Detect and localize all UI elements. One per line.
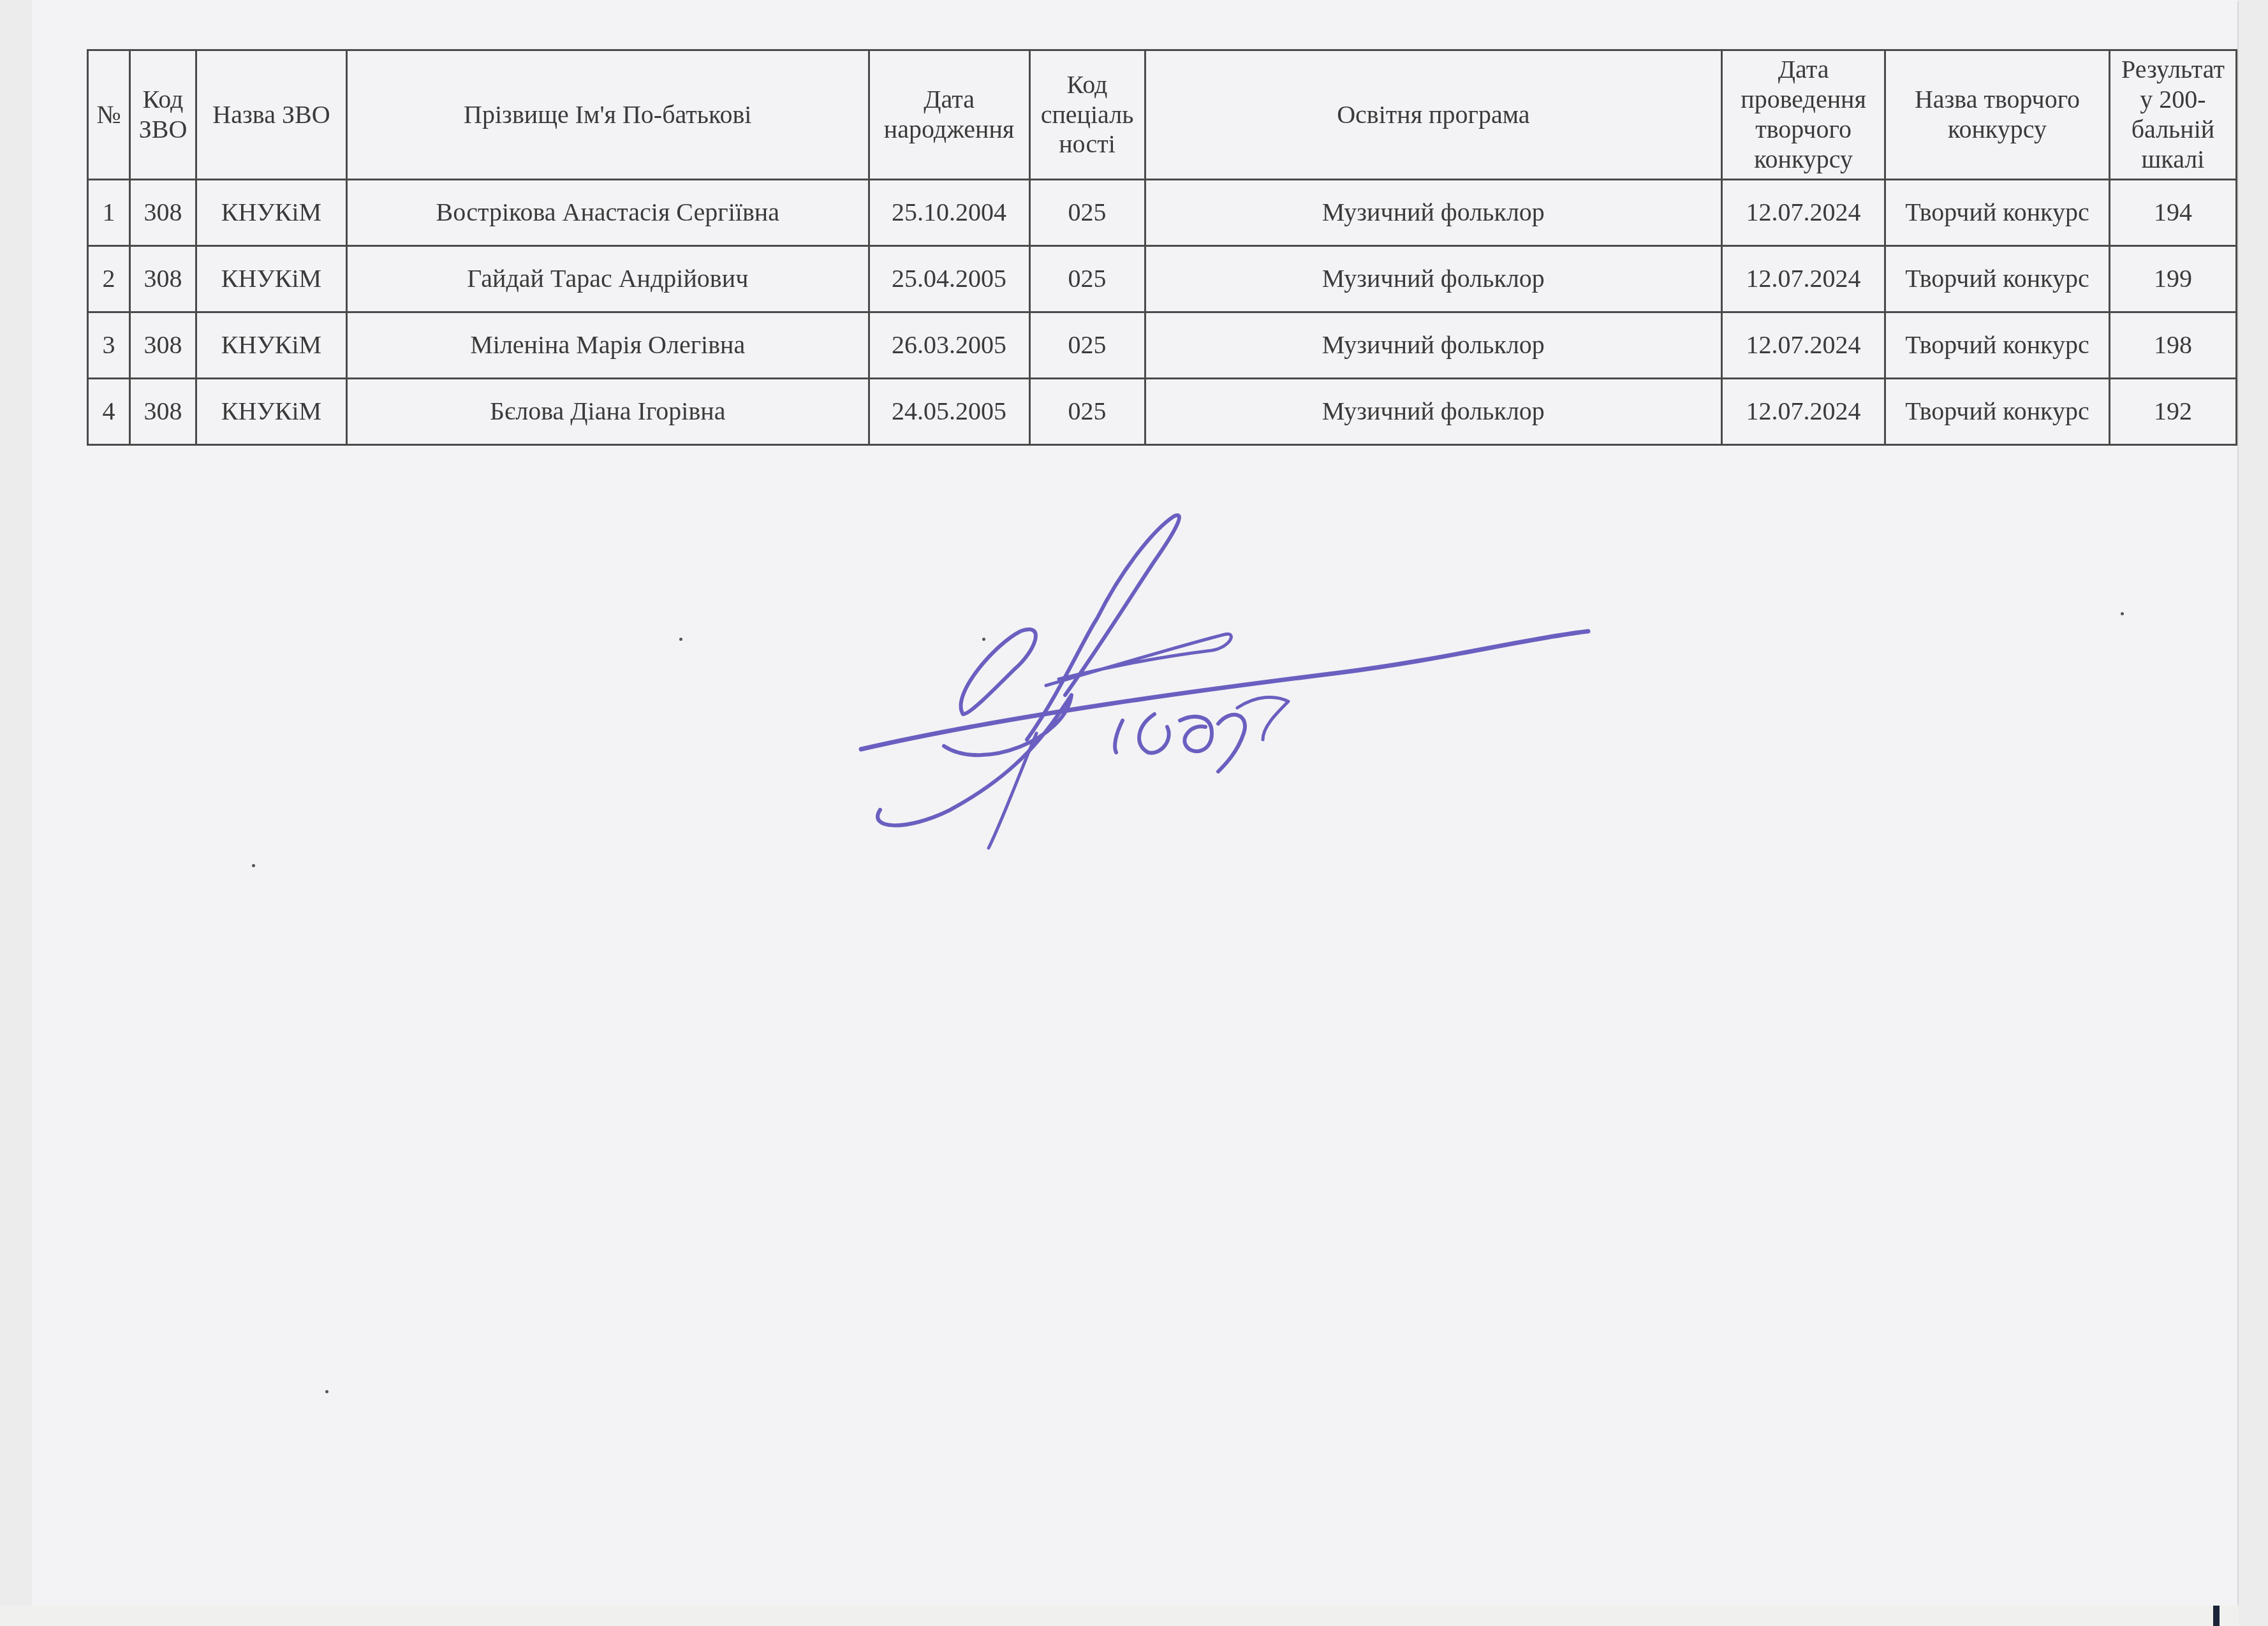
cell-num: 3 [88,312,130,379]
cell-contest-date: 12.07.2024 [1722,312,1885,379]
cell-score: 194 [2109,180,2236,246]
cell-institution-code: 308 [129,312,196,379]
column-header-text: у 200- [2114,85,2232,115]
cell-institution-name: КНУКіМ [196,312,346,379]
scanner-edge [2213,1606,2220,1626]
column-header-text: Результат [2114,55,2232,85]
column-header-institution-name: Назва ЗВО [196,50,346,180]
column-header-text: ЗВО [135,115,191,145]
cell-program: Музичний фольклор [1145,180,1722,246]
column-header-text: шкалі [2114,145,2232,175]
column-header-text: Освітня програма [1150,100,1718,130]
column-header-text: Дата [874,85,1025,115]
cell-birth-date: 25.04.2005 [869,246,1029,312]
cell-birth-date: 25.10.2004 [869,180,1029,246]
column-header-text: № [92,100,125,130]
column-header-num: № [88,50,130,180]
table-row: 4308КНУКіМБєлова Діана Ігорівна24.05.200… [88,379,2237,445]
cell-full-name: Гайдай Тарас Андрійович [346,246,869,312]
column-header-text: народження [874,115,1025,145]
column-header-program: Освітня програма [1145,50,1722,180]
table-row: 3308КНУКіММіленіна Марія Олегівна26.03.2… [88,312,2237,379]
cell-full-name: Міленіна Марія Олегівна [346,312,869,379]
scan-speck [982,638,985,641]
column-header-text: Код [135,85,191,115]
cell-institution-code: 308 [129,180,196,246]
column-header-text: конкурсу [1727,145,1880,175]
cell-contest-date: 12.07.2024 [1722,379,1885,445]
cell-contest-date: 12.07.2024 [1722,246,1885,312]
table-body: 1308КНУКіМВострікова Анастасія Сергіївна… [88,180,2237,445]
cell-contest-name: Творчий конкурс [1885,379,2110,445]
column-header-text: Назва ЗВО [201,100,342,130]
cell-score: 199 [2109,246,2236,312]
scan-speck [679,638,682,641]
cell-institution-name: КНУКіМ [196,246,346,312]
column-header-score: Результату 200-бальнійшкалі [2109,50,2236,180]
column-header-birth-date: Датанародження [869,50,1029,180]
signature-icon [855,504,1888,861]
column-header-text: конкурсу [1890,115,2105,145]
cell-institution-code: 308 [129,246,196,312]
column-header-full-name: Прізвище Ім'я По-батькові [346,50,869,180]
column-header-contest-date: Датапроведеннятворчогоконкурсу [1722,50,1885,180]
table-row: 2308КНУКіМГайдай Тарас Андрійович25.04.2… [88,246,2237,312]
cell-specialty-code: 025 [1029,312,1145,379]
cell-birth-date: 24.05.2005 [869,379,1029,445]
table-row: 1308КНУКіМВострікова Анастасія Сергіївна… [88,180,2237,246]
cell-contest-name: Творчий конкурс [1885,246,2110,312]
cell-num: 2 [88,246,130,312]
cell-program: Музичний фольклор [1145,312,1722,379]
column-header-text: Код [1035,70,1140,100]
cell-score: 192 [2109,379,2236,445]
scan-speck [252,864,255,867]
cell-institution-name: КНУКіМ [196,180,346,246]
column-header-text: проведення [1727,85,1880,115]
column-header-text: ності [1035,129,1140,159]
cell-num: 4 [88,379,130,445]
cell-program: Музичний фольклор [1145,379,1722,445]
column-header-text: Дата [1727,55,1880,85]
cell-contest-name: Творчий конкурс [1885,312,2110,379]
cell-institution-code: 308 [129,379,196,445]
cell-specialty-code: 025 [1029,246,1145,312]
table-header-row: №КодЗВОНазва ЗВОПрізвище Ім'я По-батьков… [88,50,2237,180]
cell-institution-name: КНУКіМ [196,379,346,445]
column-header-text: бальній [2114,115,2232,145]
cell-contest-date: 12.07.2024 [1722,180,1885,246]
column-header-contest-name: Назва творчогоконкурсу [1885,50,2110,180]
column-header-text: Назва творчого [1890,85,2105,115]
column-header-institution-code: КодЗВО [129,50,196,180]
cell-contest-name: Творчий конкурс [1885,180,2110,246]
cell-full-name: Вострікова Анастасія Сергіївна [346,180,869,246]
cell-specialty-code: 025 [1029,180,1145,246]
cell-full-name: Бєлова Діана Ігорівна [346,379,869,445]
results-table: №КодЗВОНазва ЗВОПрізвище Ім'я По-батьков… [87,49,2237,446]
cell-birth-date: 26.03.2005 [869,312,1029,379]
cell-num: 1 [88,180,130,246]
column-header-text: спеціаль [1035,100,1140,130]
column-header-specialty-code: Кодспеціальності [1029,50,1145,180]
column-header-text: Прізвище Ім'я По-батькові [351,100,864,130]
cell-program: Музичний фольклор [1145,246,1722,312]
cell-specialty-code: 025 [1029,379,1145,445]
page-bottom-edge [0,1606,2239,1626]
scanned-page: №КодЗВОНазва ЗВОПрізвище Ім'я По-батьков… [32,0,2237,1606]
cell-score: 198 [2109,312,2236,379]
column-header-text: творчого [1727,115,1880,145]
scan-speck [325,1390,328,1393]
scan-speck [2121,612,2124,615]
